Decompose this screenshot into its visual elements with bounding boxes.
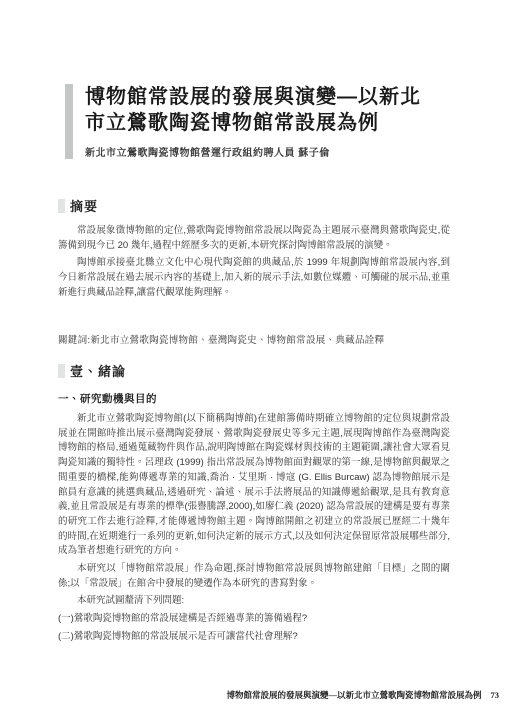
title-block: 博物館常設展的發展與演變—以新北 市立鶯歌陶瓷博物館常設展為例 新北市立鶯歌陶瓷… (65, 84, 456, 159)
document-page: 博物館常設展的發展與演變—以新北 市立鶯歌陶瓷博物館常設展為例 新北市立鶯歌陶瓷… (0, 0, 512, 724)
research-question-1: (一)鶯歌陶瓷博物館的常設展建構是否經過專業的籌備過程? (58, 612, 450, 627)
introduction-section: 壹、緒論 一、研究動機與目的 新北市立鶯歌陶瓷博物館(以下簡稱陶博館)在建館籌備… (58, 361, 450, 648)
page-footer: 博物館常設展的發展與演變—以新北市立鶯歌陶瓷博物館常設展為例73 (58, 689, 499, 701)
heading-marker (58, 364, 65, 378)
subsection1-heading: 一、研究動機與目的 (58, 391, 450, 406)
abstract-section: 摘要 常設展象徵博物館的定位,鶯歌陶瓷博物館常設展以陶瓷為主題展示臺灣與鶯歌陶瓷… (58, 196, 450, 346)
keywords-line: 關鍵詞:新北市立鶯歌陶瓷博物館、臺灣陶瓷史、博物館常設展、典藏品詮釋 (58, 332, 450, 346)
author-line: 新北市立鶯歌陶瓷博物館營運行政組約聘人員 蘇子倫 (85, 144, 421, 159)
title-accent-bar (65, 84, 73, 159)
title-texts: 博物館常設展的發展與演變—以新北 市立鶯歌陶瓷博物館常設展為例 新北市立鶯歌陶瓷… (85, 84, 421, 159)
abstract-paragraph-1: 常設展象徵博物館的定位,鶯歌陶瓷博物館常設展以陶瓷為主題展示臺灣與鶯歌陶瓷史,從… (58, 224, 450, 253)
abstract-heading: 摘要 (58, 196, 450, 215)
section1-heading-label: 壹、緒論 (70, 361, 126, 380)
title-line-1: 博物館常設展的發展與演變—以新北 (85, 84, 421, 110)
running-title: 博物館常設展的發展與演變—以新北市立鶯歌陶瓷博物館常設展為例 (226, 690, 481, 700)
heading-marker (58, 199, 65, 213)
intro-paragraph-3: 本研究試圖釐清下列問題: (58, 594, 450, 609)
abstract-heading-label: 摘要 (70, 196, 98, 215)
page-number: 73 (491, 690, 500, 700)
abstract-paragraph-2: 陶博館承接臺北縣立文化中心現代陶瓷館的典藏品,於 1999 年規劃陶博館常設展內… (58, 256, 450, 300)
page-title: 博物館常設展的發展與演變—以新北 市立鶯歌陶瓷博物館常設展為例 (85, 84, 421, 136)
research-question-2: (二)鶯歌陶瓷博物館的常設展展示是否可讓當代社會理解? (58, 630, 450, 645)
section1-heading: 壹、緒論 (58, 361, 450, 380)
intro-paragraph-2: 本研究以「博物館常設展」作為命題,探討博物館常設展與博物館建館「目標」之間的關係… (58, 562, 450, 591)
intro-paragraph-1: 新北市立鶯歌陶瓷博物館(以下簡稱陶博館)在建館籌備時期確立博物館的定位與規劃常設… (58, 412, 450, 559)
title-line-2: 市立鶯歌陶瓷博物館常設展為例 (85, 110, 421, 136)
